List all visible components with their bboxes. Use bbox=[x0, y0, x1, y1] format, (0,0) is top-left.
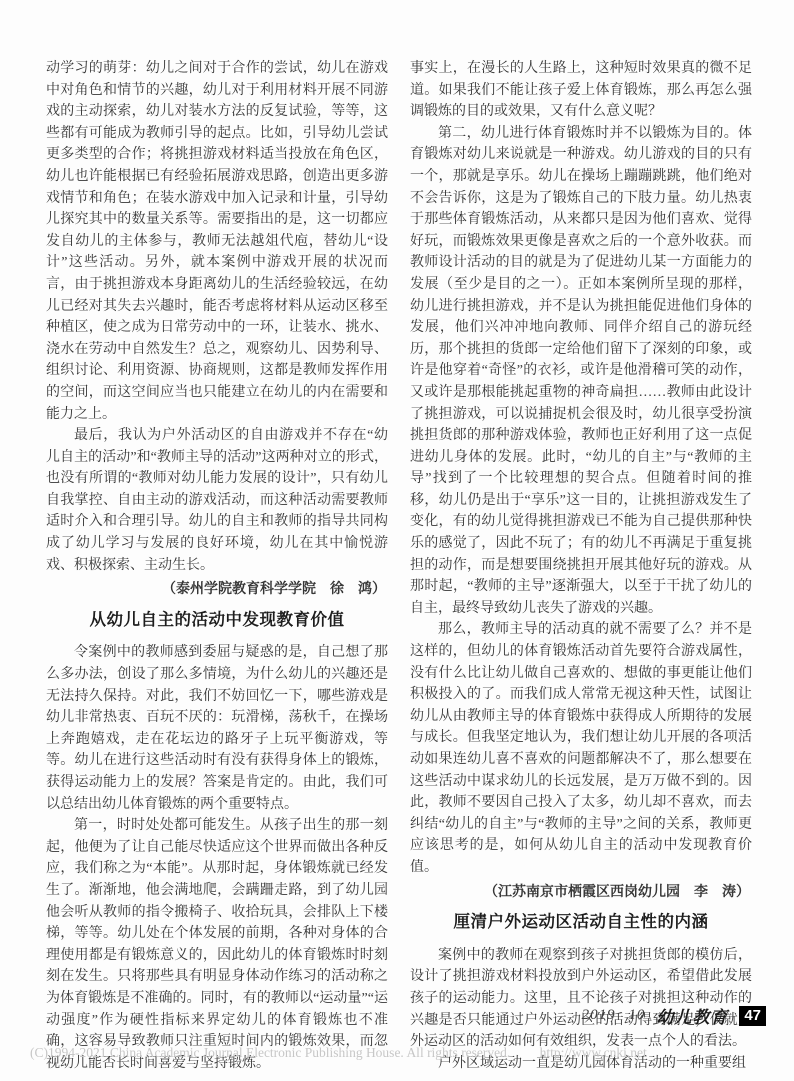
page-footer: 2019 10 幼儿教育 47 bbox=[582, 1003, 766, 1028]
body-paragraph: 那么，教师主导的活动真的就不需要了么？并不是这样的，但幼儿的体育锻炼活动首先要符… bbox=[410, 619, 752, 878]
section-heading: 厘清户外运动区活动自主性的内涵 bbox=[410, 912, 752, 934]
body-paragraph: 事实上，在漫长的人生路上，这种短时效果真的微不足道。如果我们不能让孩子爱上体育锻… bbox=[410, 58, 752, 123]
body-paragraph: 案例中的教师在观察到孩子对挑担货郎的模仿后，设计了挑担游戏材料投放到户外运动区，… bbox=[410, 945, 752, 1053]
body-paragraph: 动学习的萌芽：幼儿之间对于合作的尝试，幼儿在游戏中对角色和情节的兴趣，幼儿对于利… bbox=[46, 58, 388, 425]
body-paragraph: 第一，时时处处都可能发生。从孩子出生的那一刻起，他便为了让自己能尽快适应这个世界… bbox=[46, 815, 388, 1074]
copyright-text: (C)1994-2021 China Academic Journal Elec… bbox=[30, 1045, 510, 1060]
body-paragraph: 最后，我认为户外活动区的自由游戏并不存在“幼儿自主的活动”和“教师主导的活动”这… bbox=[46, 425, 388, 576]
body-paragraph: 第二，幼儿进行体育锻炼时并不以锻炼为目的。体育锻炼对幼儿来说就是一种游戏。幼儿游… bbox=[410, 123, 752, 620]
author-attribution: （江苏南京市栖霞区西岗幼儿园 李 涛） bbox=[410, 881, 752, 903]
right-column: 事实上，在漫长的人生路上，这种短时效果真的微不足道。如果我们不能让孩子爱上体育锻… bbox=[410, 58, 752, 1074]
author-attribution: （泰州学院教育科学学院 徐 鸿） bbox=[46, 578, 388, 600]
copyright-line: (C)1994-2021 China Academic Journal Elec… bbox=[30, 1045, 778, 1061]
body-paragraph: 令案例中的教师感到委屈与疑惑的是，自己想了那么多办法，创设了那么多情境，为什么幼… bbox=[46, 642, 388, 815]
left-column: 动学习的萌芽：幼儿之间对于合作的尝试，幼儿在游戏中对角色和情节的兴趣，幼儿对于利… bbox=[46, 58, 388, 1074]
section-heading: 从幼儿自主的活动中发现教育价值 bbox=[46, 610, 388, 632]
page-number-badge: 47 bbox=[739, 1006, 766, 1026]
issue-date: 2019 10 bbox=[582, 1007, 646, 1024]
cnki-url: http://www.cnki.net bbox=[540, 1045, 647, 1060]
journal-page: 动学习的萌芽：幼儿之间对于合作的尝试，幼儿在游戏中对角色和情节的兴趣，幼儿对于利… bbox=[0, 0, 794, 1081]
journal-logo: 幼儿教育 bbox=[656, 1003, 728, 1028]
